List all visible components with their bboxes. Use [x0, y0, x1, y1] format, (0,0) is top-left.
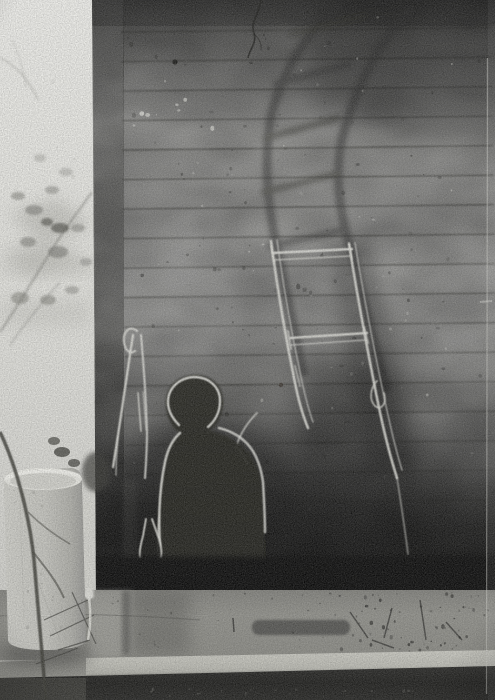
- vignette: [0, 0, 495, 700]
- photo-canvas: [0, 0, 495, 700]
- photograph: [0, 0, 495, 700]
